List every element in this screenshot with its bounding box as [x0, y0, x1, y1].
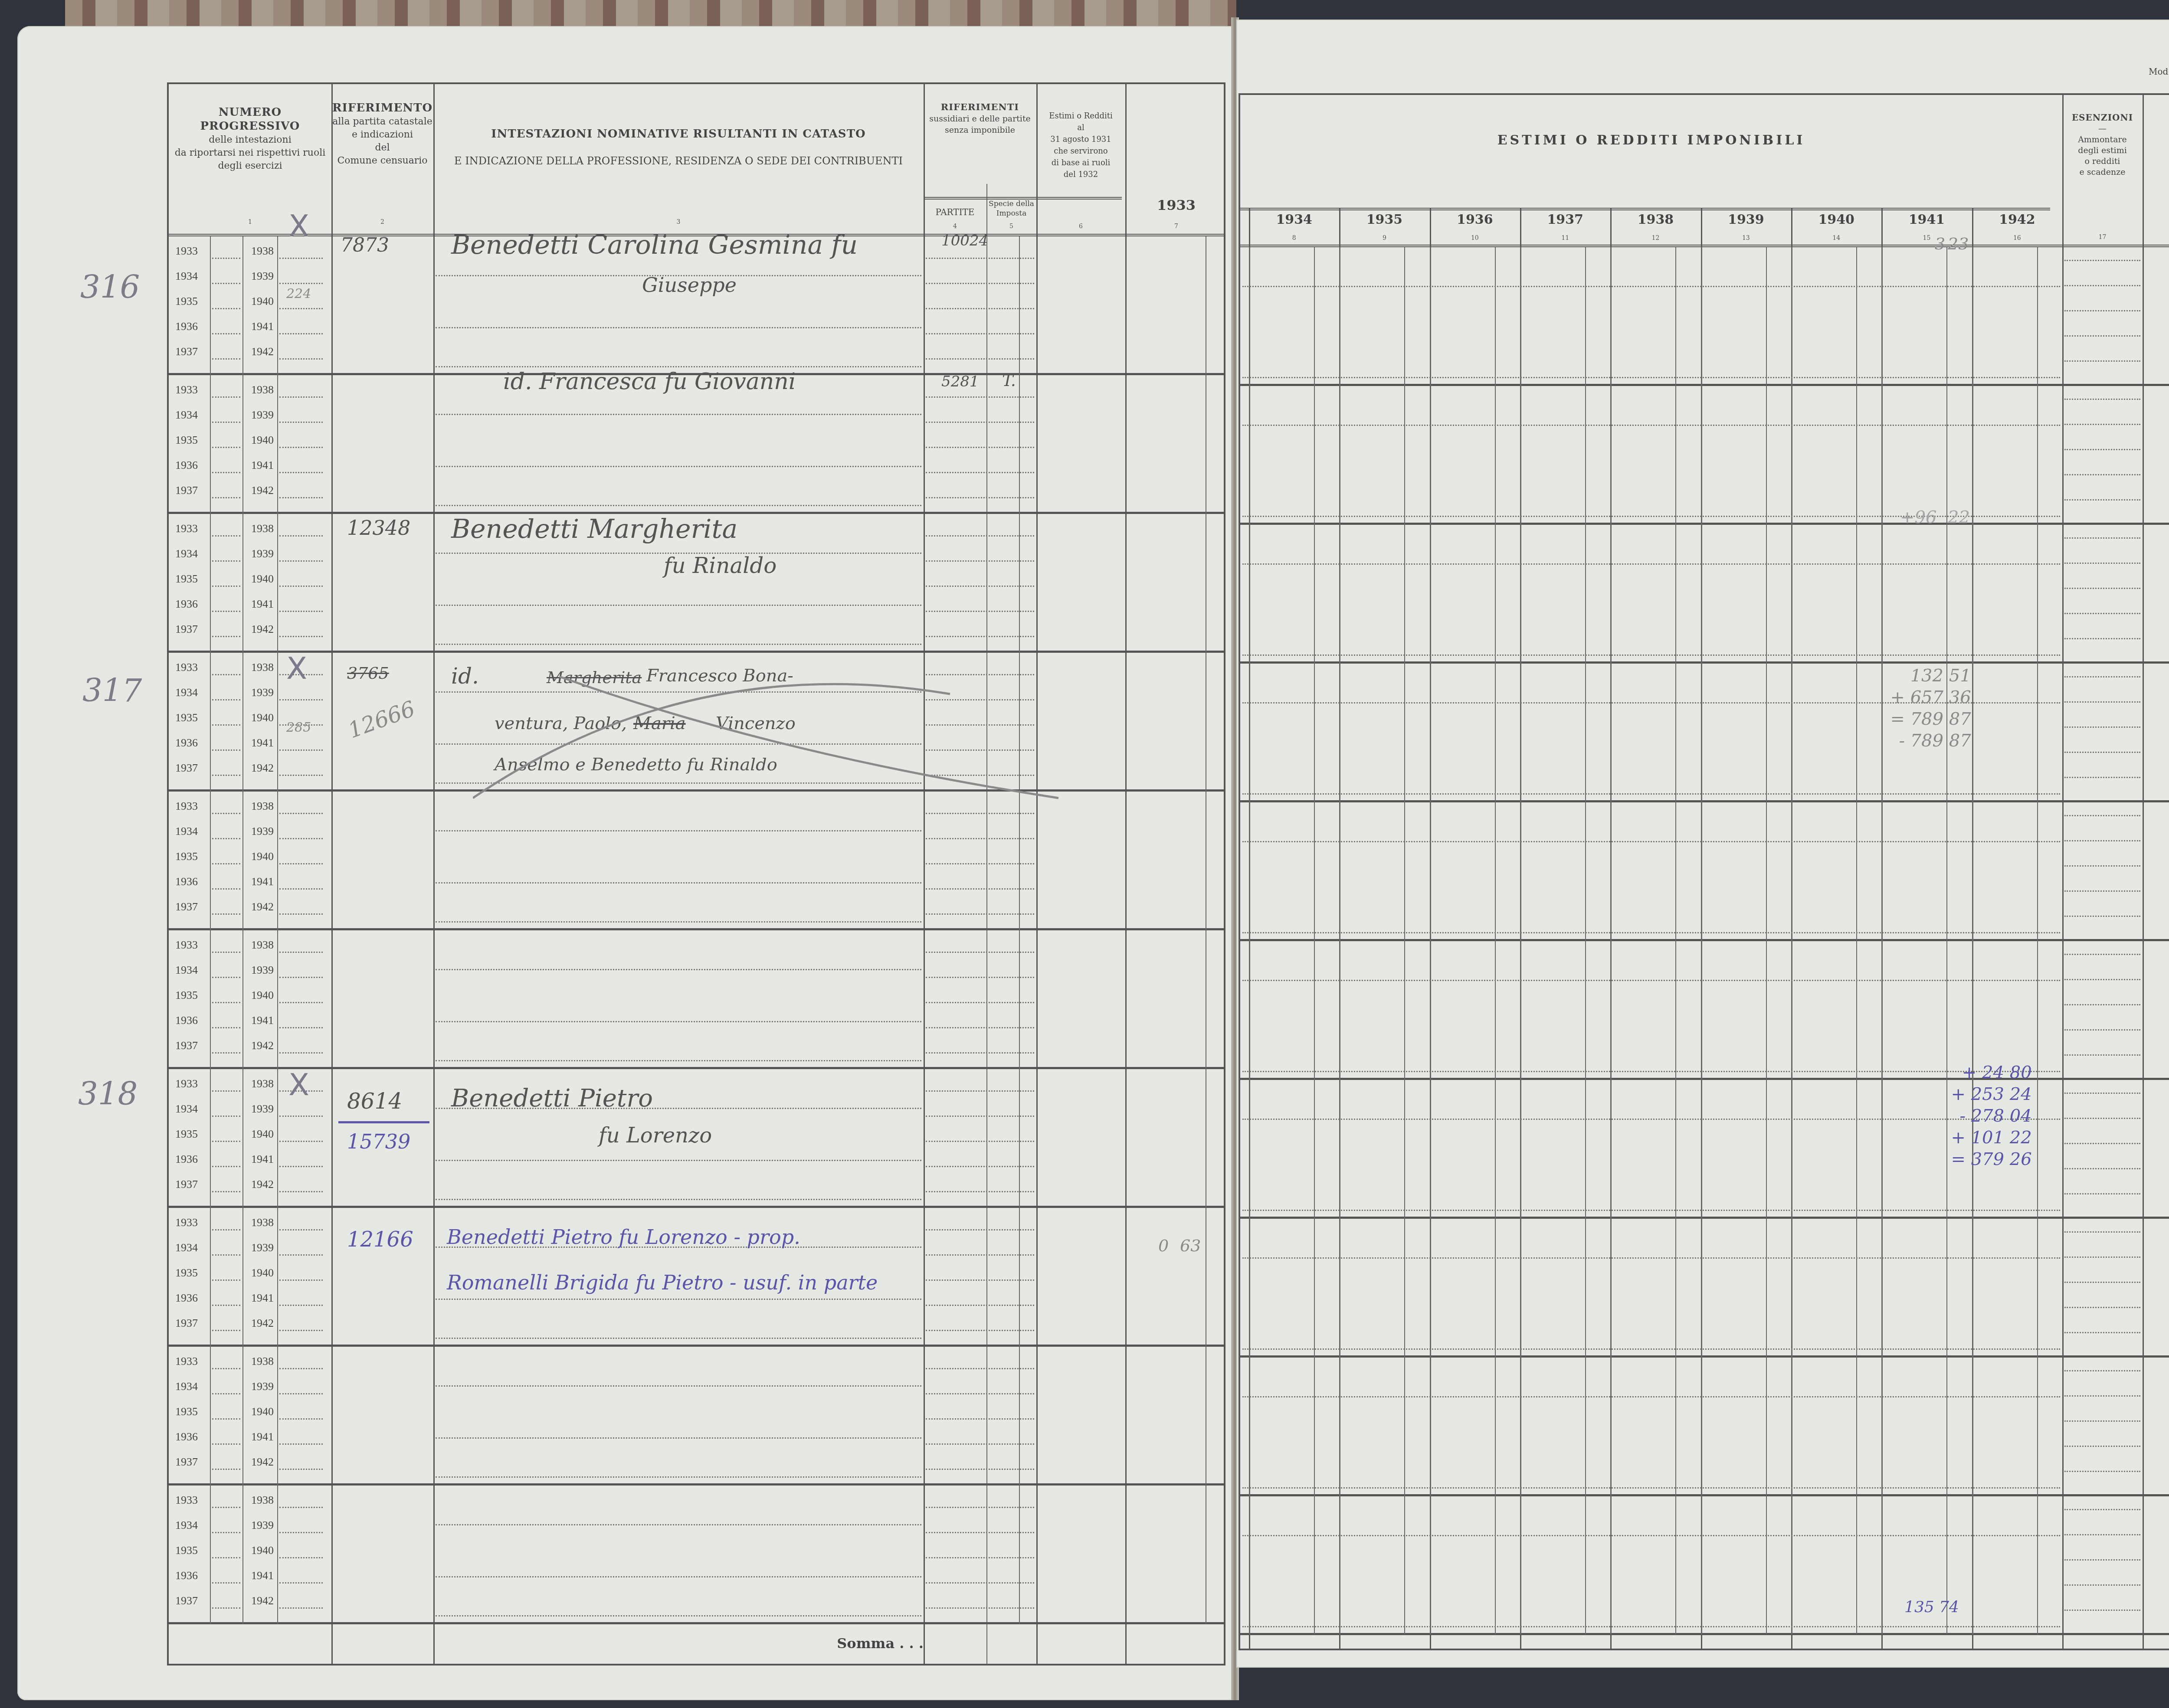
year-label: 1939: [251, 686, 274, 699]
year-label: 1939: [251, 409, 274, 422]
year-label: 1941: [251, 1014, 274, 1027]
header-intestazioni: INTESTAZIONI NOMINATIVE RISULTANTI IN CA…: [433, 128, 924, 168]
year-label: 1935: [175, 1405, 198, 1418]
value-1933: 0: [1158, 1236, 1169, 1255]
calc-int: + 657: [1878, 687, 1943, 707]
right-register-table: ESTIMI O REDDITI IMPONIBILI 193481935919…: [1238, 93, 2169, 1650]
year-label: 1936: [175, 736, 198, 749]
partita-number: 8614: [347, 1089, 402, 1114]
somma-label: Somma . . .: [776, 1637, 924, 1650]
year-label: 1942: [251, 623, 274, 636]
year-label: 1936: [175, 1430, 198, 1443]
cross-mark: X: [288, 1067, 309, 1103]
header-subtitle: E INDICAZIONE DELLA PROFESSIONE, RESIDEN…: [454, 155, 903, 167]
register-row: [1240, 524, 2169, 663]
year-label: 1935: [175, 850, 198, 863]
year-label: 1942: [251, 1039, 274, 1052]
cross-mark: X: [288, 208, 309, 244]
column-number: 11: [1520, 235, 1610, 242]
register-row: 1933193819341939193519401936194119371942: [169, 930, 1224, 1069]
year-label: 1939: [251, 1103, 274, 1116]
year-label: 1934: [175, 270, 198, 283]
year-label: 1937: [175, 1594, 198, 1607]
year-label: 1942: [251, 1317, 274, 1330]
year-label: 1933: [175, 939, 198, 952]
year-label: 1933: [175, 245, 198, 258]
header-line: del 1932: [1064, 170, 1098, 179]
calc-cents: 22: [2010, 1128, 2032, 1148]
left-page: NUMERO PROGRESSIVO delle intestazioni da…: [17, 26, 1232, 1700]
year-label: 1938: [251, 661, 274, 674]
year-label: 1936: [175, 1292, 198, 1305]
somma-1941-cents: 74: [1939, 1598, 1959, 1616]
calc-int: + 24: [1939, 1063, 2004, 1083]
calc-line: + 657 36: [1878, 687, 1971, 707]
column-number: 4: [924, 223, 986, 230]
year-label: 1940: [251, 989, 274, 1002]
header-year: 1941: [1881, 212, 1972, 227]
year-label: 1933: [175, 1216, 198, 1229]
calc-cents: 87: [1949, 709, 1971, 729]
calc-line: = 789 87: [1878, 709, 1971, 729]
year-label: 1936: [175, 1153, 198, 1166]
year-label: 1934: [175, 1103, 198, 1116]
register-row: [1240, 1496, 2169, 1635]
year-label: 1934: [175, 1519, 198, 1532]
header-line: o redditi: [2085, 157, 2120, 166]
year-label: 1937: [175, 1178, 198, 1191]
header-title: RIFERIMENTI: [941, 101, 1019, 112]
header-partite: PARTITE: [924, 206, 986, 219]
year-label: 1937: [175, 1317, 198, 1330]
year-label: 1940: [251, 1405, 274, 1418]
partita-new-number: 15739: [347, 1130, 410, 1153]
column-number: 9: [1339, 235, 1429, 242]
value-1941: 3: [1935, 234, 1945, 253]
year-label: 1942: [251, 1178, 274, 1191]
header-year: 1934: [1249, 212, 1339, 227]
year-label: 1941: [251, 320, 274, 333]
header-line: Comune censuario: [337, 155, 427, 166]
year-label: 1933: [175, 1077, 198, 1090]
header-line: di base ai ruoli: [1052, 158, 1111, 167]
year-label: 1939: [251, 547, 274, 560]
column-number: 10: [1430, 235, 1520, 242]
column-number: 7: [1125, 223, 1227, 230]
year-label: 1941: [251, 736, 274, 749]
calc-int: + 101: [1939, 1128, 2004, 1148]
header-title: ESENZIONI: [2072, 112, 2133, 123]
year-label: 1938: [251, 1355, 274, 1368]
column-number: 12: [1610, 235, 1700, 242]
value-1941-cents: 22: [1948, 507, 1970, 527]
register-row: [1240, 247, 2169, 386]
header-line: e scadenze: [2080, 167, 2126, 177]
partite-value: 5281: [941, 373, 979, 390]
header-line: che servirono: [1054, 147, 1107, 156]
column-number: 5: [986, 223, 1036, 230]
specie-value: T.: [1002, 371, 1016, 390]
year-label: 1940: [251, 711, 274, 724]
year-label: 1939: [251, 270, 274, 283]
year-label: 1935: [175, 295, 198, 308]
calc-int: + 253: [1939, 1084, 2004, 1104]
year-label: 1941: [251, 459, 274, 472]
header-line: degli estimi: [2078, 146, 2127, 155]
calc-line: - 278 04: [1939, 1106, 2032, 1126]
year-label: 1941: [251, 598, 274, 611]
cross-mark: X: [286, 651, 307, 686]
header-line: e indicazioni: [352, 129, 413, 140]
year-label: 1937: [175, 623, 198, 636]
year-label: 1933: [175, 1355, 198, 1368]
value-1933-cents: 63: [1180, 1236, 1201, 1255]
year-label: 1937: [175, 345, 198, 358]
year-label: 1941: [251, 1292, 274, 1305]
year-label: 1938: [251, 1216, 274, 1229]
header-riferimento: RIFERIMENTO alla partita catastale e ind…: [331, 101, 433, 167]
header-title: NUMERO PROGRESSIVO: [200, 106, 300, 133]
year-label: 1935: [175, 711, 198, 724]
header-annotazioni: ANNOTAZIONI: [2143, 147, 2169, 160]
year-label: 1933: [175, 800, 198, 813]
year-label: 1939: [251, 825, 274, 838]
register-row: 1933193819341939193519401936194119371942: [169, 1485, 1224, 1624]
form-model-label: Mod. 111 - Imposte Dirette (Intercalare)…: [2087, 65, 2169, 78]
margin-number: 316: [80, 269, 140, 305]
partita-struck: 3765: [347, 664, 389, 683]
column-number: 18: [2143, 234, 2169, 241]
header-year: 1936: [1430, 212, 1520, 227]
year-label: 1941: [251, 1569, 274, 1582]
taxpayer-name: Benedetti Carolina Gesmina fu: [451, 230, 858, 260]
header-riferimenti-sussidiari: RIFERIMENTI sussidiari e delle partite s…: [924, 101, 1036, 136]
value-1941: +96: [1900, 507, 1936, 527]
header-specie-imposta: Specie della Imposta: [986, 199, 1036, 218]
partita-number: 12166: [347, 1227, 413, 1252]
header-line: Ammontare: [2078, 135, 2127, 144]
header-year: 1940: [1791, 212, 1881, 227]
year-label: 1942: [251, 762, 274, 775]
year-label: 1938: [251, 939, 274, 952]
somma-1941: 135: [1904, 1598, 1934, 1616]
year-label: 1933: [175, 1494, 198, 1507]
side-note: 285: [286, 720, 311, 735]
calc-line: = 379 26: [1939, 1149, 2032, 1169]
year-label: 1935: [175, 1128, 198, 1141]
year-label: 1940: [251, 434, 274, 447]
header-year: 1937: [1520, 212, 1610, 227]
year-label: 1942: [251, 1456, 274, 1469]
calc-cents: 36: [1949, 687, 1971, 707]
year-label: 1940: [251, 850, 274, 863]
year-label: 1936: [175, 1569, 198, 1582]
year-label: 1936: [175, 459, 198, 472]
column-number: 13: [1701, 235, 1791, 242]
header-year: 1939: [1701, 212, 1791, 227]
calc-line: + 253 24: [1939, 1084, 2032, 1104]
year-label: 1938: [251, 245, 274, 258]
taxpayer-father: Giuseppe: [642, 273, 737, 297]
year-label: 1937: [175, 1039, 198, 1052]
year-label: 1942: [251, 1594, 274, 1607]
year-label: 1938: [251, 800, 274, 813]
year-label: 1936: [175, 1014, 198, 1027]
year-label: 1940: [251, 295, 274, 308]
register-row: 1933193819341939193519401936194119371942: [169, 791, 1224, 930]
year-label: 1942: [251, 900, 274, 913]
year-label: 1938: [251, 1077, 274, 1090]
register-row: 1933193819341939193519401936194119371942: [169, 375, 1224, 514]
year-label: 1935: [175, 989, 198, 1002]
year-label: 1940: [251, 1266, 274, 1279]
year-label: 1938: [251, 522, 274, 535]
year-label: 1940: [251, 1128, 274, 1141]
year-label: 1935: [175, 434, 198, 447]
year-label: 1939: [251, 1380, 274, 1393]
year-label: 1934: [175, 686, 198, 699]
year-label: 1937: [175, 900, 198, 913]
year-label: 1937: [175, 1456, 198, 1469]
value-1941-cents: 23: [1948, 234, 1969, 253]
register-row: [1240, 1357, 2169, 1496]
header-line: alla partita catastale: [332, 116, 432, 127]
side-note: 224: [286, 286, 311, 301]
column-number: 6: [1036, 223, 1125, 230]
year-label: 1941: [251, 875, 274, 888]
header-line: sussidiari e delle partite: [929, 114, 1031, 124]
year-label: 1936: [175, 320, 198, 333]
year-label: 1934: [175, 825, 198, 838]
year-label: 1940: [251, 573, 274, 586]
year-label: 1941: [251, 1430, 274, 1443]
register-row: [1240, 802, 2169, 941]
year-label: 1935: [175, 1266, 198, 1279]
left-register-table: NUMERO PROGRESSIVO delle intestazioni da…: [167, 82, 1225, 1665]
year-label: 1933: [175, 383, 198, 396]
header-line: del: [375, 142, 390, 153]
header-esenzioni: ESENZIONI — Ammontare degli estimi o red…: [2062, 112, 2143, 178]
header-line: delle intestazioni: [209, 134, 292, 145]
header-line: 31 agosto 1931: [1050, 135, 1111, 144]
header-title: INTESTAZIONI NOMINATIVE RISULTANTI IN CA…: [491, 128, 865, 141]
year-label: 1934: [175, 547, 198, 560]
year-label: 1942: [251, 484, 274, 497]
header-line: —: [2098, 124, 2107, 134]
right-page: Mod. 111 - Imposte Dirette (Intercalare)…: [1236, 20, 2169, 1668]
calc-cents: 51: [1949, 666, 1971, 686]
taxpayer-father: fu Rinaldo: [664, 553, 777, 578]
year-label: 1938: [251, 383, 274, 396]
register-row: 1933193819341939193519401936194119371942: [169, 1346, 1224, 1485]
header-estimi-1931: Estimi o Redditi al 31 agosto 1931 che s…: [1036, 110, 1125, 180]
header-year: 1935: [1339, 212, 1429, 227]
year-label: 1937: [175, 762, 198, 775]
year-label: 1936: [175, 875, 198, 888]
register-row: [1240, 941, 2169, 1080]
year-label: 1940: [251, 1544, 274, 1557]
year-label: 1939: [251, 1519, 274, 1532]
taxpayer-name-cont: Romanelli Brigida fu Pietro - usuf. in p…: [447, 1271, 878, 1294]
column-number: 16: [1972, 235, 2062, 242]
margin-number: 318: [78, 1076, 138, 1112]
cancellation-stroke: [473, 668, 1080, 807]
partita-divider: [338, 1121, 429, 1123]
year-label: 1939: [251, 1241, 274, 1254]
taxpayer-name: Benedetti Margherita: [451, 514, 737, 544]
calc-cents: 87: [1949, 731, 1971, 751]
column-number: 2: [331, 219, 433, 226]
header-line: Estimi o Redditi: [1049, 111, 1112, 121]
header-line: da riportarsi nei rispettivi ruoli: [175, 147, 326, 158]
year-label: 1934: [175, 409, 198, 422]
year-label: 1936: [175, 598, 198, 611]
year-label: 1935: [175, 573, 198, 586]
calc-cents: 04: [2010, 1106, 2032, 1126]
column-number: 17: [2062, 234, 2143, 241]
calc-int: 132: [1878, 666, 1943, 686]
header-line: al: [1077, 123, 1084, 132]
taxpayer-name: Benedetti Pietro fu Lorenzo - prop.: [447, 1225, 800, 1249]
register-row: [1240, 386, 2169, 524]
header-title: RIFERIMENTO: [332, 101, 432, 115]
header-numero-progressivo: NUMERO PROGRESSIVO delle intestazioni da…: [169, 106, 331, 173]
year-label: 1933: [175, 522, 198, 535]
partita-number: 7873: [341, 234, 389, 256]
year-label: 1933: [175, 661, 198, 674]
margin-number: 317: [82, 672, 142, 709]
calc-line: 132 51: [1878, 666, 1971, 686]
header-year-1933: 1933: [1125, 197, 1227, 213]
header-line: senza imponibile: [945, 125, 1015, 135]
taxpayer-father: fu Lorenzo: [599, 1123, 712, 1148]
estimi-title: ESTIMI O REDDITI IMPONIBILI: [1240, 134, 2062, 147]
header-year: 1942: [1972, 212, 2062, 227]
torn-page-edges: [65, 0, 1236, 26]
calc-int: - 278: [1939, 1106, 2004, 1126]
year-label: 1938: [251, 1494, 274, 1507]
calc-cents: 80: [2010, 1063, 2032, 1083]
calc-cents: 24: [2010, 1084, 2032, 1104]
column-number: 3: [433, 219, 924, 226]
taxpayer-name: Benedetti Pietro: [451, 1084, 653, 1112]
year-label: 1939: [251, 964, 274, 977]
year-label: 1937: [175, 484, 198, 497]
calc-int: = 379: [1939, 1149, 2004, 1169]
partite-value: 10024: [941, 232, 988, 249]
year-label: 1935: [175, 1544, 198, 1557]
calc-int: - 789: [1878, 731, 1943, 751]
header-year: 1938: [1610, 212, 1700, 227]
register-row: [1240, 1218, 2169, 1357]
column-number: 8: [1249, 235, 1339, 242]
calc-line: - 789 87: [1878, 731, 1971, 751]
year-label: 1942: [251, 345, 274, 358]
header-line: degli esercizi: [218, 160, 282, 171]
year-label: 1934: [175, 1380, 198, 1393]
taxpayer-name: id. Francesca fu Giovanni: [503, 369, 796, 395]
calc-line: + 24 80: [1939, 1063, 2032, 1083]
year-label: 1934: [175, 964, 198, 977]
year-label: 1941: [251, 1153, 274, 1166]
column-number: 14: [1791, 235, 1881, 242]
calc-line: + 101 22: [1939, 1128, 2032, 1148]
register-row: [1240, 663, 2169, 802]
calc-int: = 789: [1878, 709, 1943, 729]
year-label: 1934: [175, 1241, 198, 1254]
partita-number: 12348: [347, 516, 410, 540]
calc-cents: 26: [2010, 1149, 2032, 1169]
